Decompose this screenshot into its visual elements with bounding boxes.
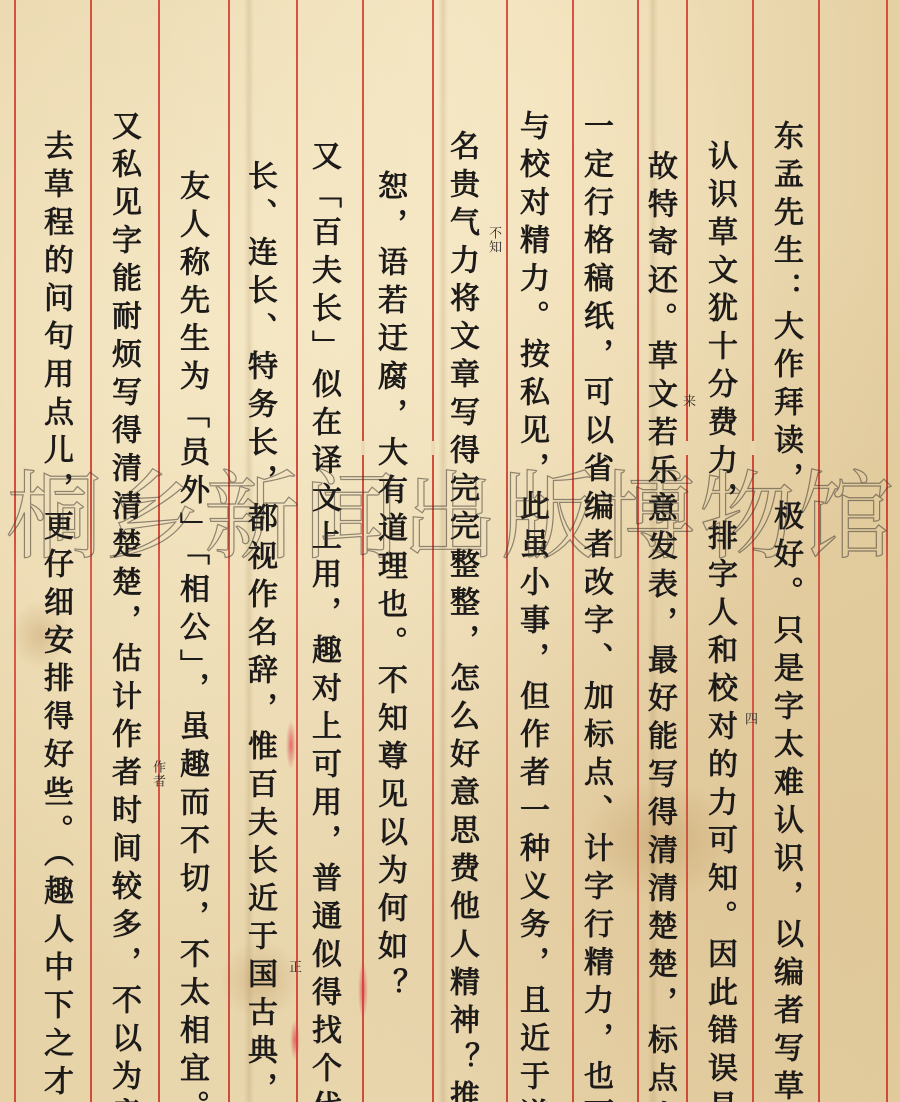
ruled-line: [90, 0, 92, 1102]
annotation-insert: 不知: [484, 226, 503, 254]
letter-column-1: 东孟先生：大作拜读，极好。只是字太难认识，以编者写草字能力说，: [770, 120, 800, 1080]
ruled-line: [14, 0, 16, 1102]
red-smudge: [358, 960, 368, 1020]
letter-column-9: 长、连长、特务长，都视作名辞，惟百夫长近于国古典，似得改改。如: [244, 160, 274, 1040]
watermark-char: 馆: [798, 469, 894, 565]
annotation-correction: 来: [678, 394, 697, 408]
letter-column-5: 与校对精力。按私见，此虽小事，但作者一种义务，且近于道德。因本人若以: [516, 110, 546, 1080]
letter-column-11: 又私见字能耐烦写得清清楚楚，估计作者时间较多，不以为意时，即照此还可以: [108, 110, 138, 1080]
letter-column-7: 恕，语若迂腐，大有道理也。不知尊见以为何如？: [374, 170, 404, 710]
ruled-line: [686, 0, 688, 1102]
ruled-line: [818, 0, 820, 1102]
annotation-insert: 四: [740, 712, 759, 726]
ruled-line: [158, 0, 160, 1102]
ruled-line: [432, 0, 434, 1102]
letter-column-4: 一定行格稿纸，可以省编者改字、加标点、计字行精力，也可以节省排字人: [580, 110, 610, 1080]
ruled-line: [362, 0, 364, 1102]
ruled-line: [752, 0, 754, 1102]
annotation-mark: 正: [284, 960, 303, 974]
ruled-line: [637, 0, 639, 1102]
letter-column-6: 名贵气力将文章写得完完整整，怎么好意思费他人精神？推己及人，谓之: [446, 130, 476, 1080]
red-smudge: [286, 720, 296, 770]
red-smudge: [290, 1020, 300, 1060]
ruled-line: [228, 0, 230, 1102]
ruled-line: [506, 0, 508, 1102]
letter-column-8: 又「百夫长」似在译文上用，趣对上可用，普通似得找个代替。队长、甲长、团练: [308, 140, 338, 1080]
ruled-line: [886, 0, 888, 1102]
ruled-line: [572, 0, 574, 1102]
annotation-insert: 作者: [148, 760, 167, 788]
letter-page: 东孟先生：大作拜读，极好。只是字太难认识，以编者写草字能力说， 认识草文犹十分费…: [0, 0, 900, 1102]
letter-column-12: 去草程的问句用点儿，更仔细安排得好些。（趣人中下之才先生，安在译著，如: [40, 130, 70, 1080]
letter-column-10: 友人称先生为「员外」「相公」，虽趣而不切，不太相宜。: [176, 170, 206, 710]
ruled-line: [296, 0, 298, 1102]
letter-column-3: 故特寄还。草文若乐意发表，最好能写得清清楚楚，标点也明白具体，用: [644, 150, 674, 1080]
letter-column-2: 认识草文犹十分费力，排字人和校对的力可知。因此错误易失本意，: [704, 140, 734, 1080]
